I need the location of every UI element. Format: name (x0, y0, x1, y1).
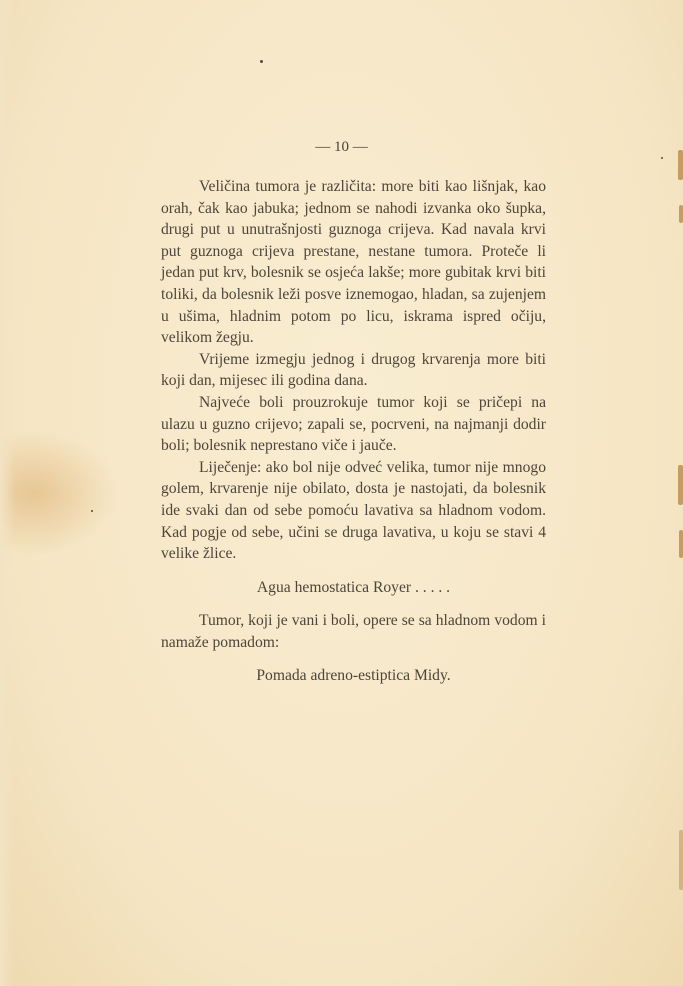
edge-stain (679, 205, 683, 223)
scanned-page: — 10 — Veličina tumora je različita: mor… (0, 0, 683, 986)
page-number: — 10 — (0, 139, 683, 156)
paragraph-pain: Najveće boli prouzrokuje tumor koji se p… (161, 392, 546, 457)
paragraph-treatment: Liječenje: ako bol nije odveć velika, tu… (161, 457, 546, 565)
paragraph-external-tumor: Tumor, koji je vani i boli, opere se sa … (161, 610, 546, 653)
paragraph-size: Veličina tumora je različita: more biti … (161, 176, 546, 349)
edge-stain (679, 530, 683, 558)
body-text: Veličina tumora je različita: more biti … (161, 176, 546, 699)
speck (91, 510, 93, 512)
remedy-agua-hemostatica: Agua hemostatica Royer . . . . . (161, 577, 546, 599)
remedy-pomada: Pomada adreno-estiptica Midy. (161, 665, 546, 687)
speck (260, 60, 263, 63)
edge-stain (678, 465, 683, 505)
paragraph-interval: Vrijeme izmegju jednog i drugog krvarenj… (161, 349, 546, 392)
edge-stain (679, 830, 683, 890)
speck (661, 157, 663, 159)
